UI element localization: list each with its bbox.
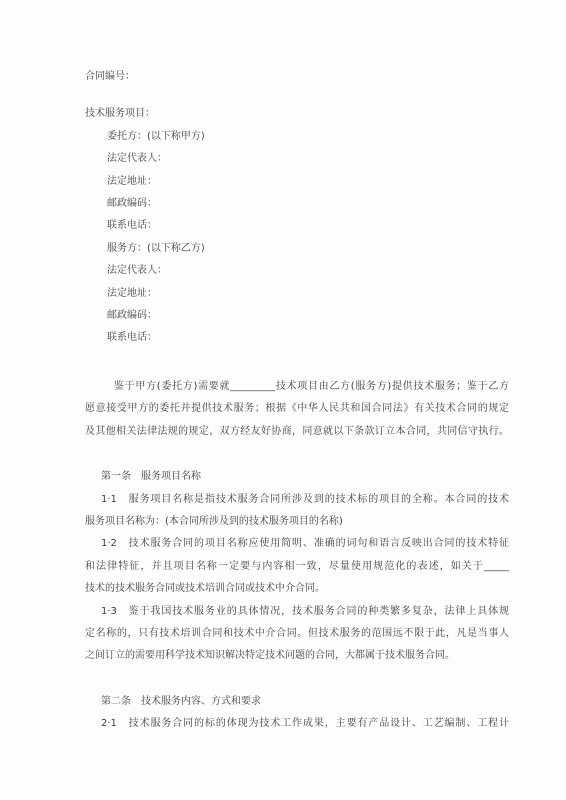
- text-line: 定名称的，只有技术培训合同和技术中介合同。但技术服务的范围远不限于此，凡是当事人: [85, 623, 509, 645]
- contract-body: 合同编号：技术服务项目：委托方：(以下称甲方)法定代表人：法定地址：邮政编码：联…: [85, 66, 509, 736]
- text-line: 和法律特征，并且项目名称一定要与内容相一致，尽量使用规范化的表述，如关于____…: [85, 556, 509, 578]
- text-line: 邮政编码：: [85, 305, 509, 327]
- text-line: 第一条 服务项目名称: [85, 466, 509, 488]
- contract-page: 合同编号：技术服务项目：委托方：(以下称甲方)法定代表人：法定地址：邮政编码：联…: [0, 0, 566, 800]
- text-line: 合同编号：: [85, 66, 509, 88]
- text-line: 技术的技术服务合同或技术培训合同或技术中介合同。: [85, 578, 509, 600]
- text-line: 1·2 技术服务合同的项目名称应使用简明、准确的词句和语言反映出合同的技术特征: [85, 533, 509, 555]
- text-line: 联系电话：: [85, 327, 509, 349]
- text-line: 第二条 技术服务内容、方式和要求: [85, 691, 509, 713]
- text-line: 2·1 技术服务合同的标的体现为技术工作成果，主要有产品设计、工艺编制、工程计: [85, 713, 509, 735]
- text-line: 法定代表人：: [85, 260, 509, 282]
- text-line: 鉴于甲方(委托方)需要就_________技术项目由乙方(服务方)提供技术服务；…: [85, 376, 509, 398]
- text-line: 服务项目名称为：(本合同所涉及到的技术服务项目的名称): [85, 511, 509, 533]
- text-line: 法定地址：: [85, 283, 509, 305]
- text-line: 法定地址：: [85, 171, 509, 193]
- text-line: 邮政编码：: [85, 193, 509, 215]
- text-line: 1·1 服务项目名称是指技术服务合同所涉及到的技术标的项目的全称。本合同的技术: [85, 489, 509, 511]
- text-line: 愿意接受甲方的委托并提供技术服务；根据《中华人民共和国合同法》有关技术合同的规定: [85, 398, 509, 420]
- text-line: 委托方：(以下称甲方): [85, 126, 509, 148]
- text-line: 之间订立的需要用科学技术知识解决特定技术问题的合同，大都属于技术服务合同。: [85, 645, 509, 667]
- text-line: 服务方：(以下称乙方): [85, 238, 509, 260]
- text-line: 1·3 鉴于我国技术服务业的具体情况，技术服务合同的种类繁多复杂，法律上具体规: [85, 601, 509, 623]
- text-line: 联系电话：: [85, 215, 509, 237]
- text-line: 法定代表人：: [85, 148, 509, 170]
- text-line: 技术服务项目：: [85, 103, 509, 125]
- text-line: 及其他相关法律法规的规定，双方经友好协商，同意就以下条款订立本合同，共同信守执行…: [85, 421, 509, 443]
